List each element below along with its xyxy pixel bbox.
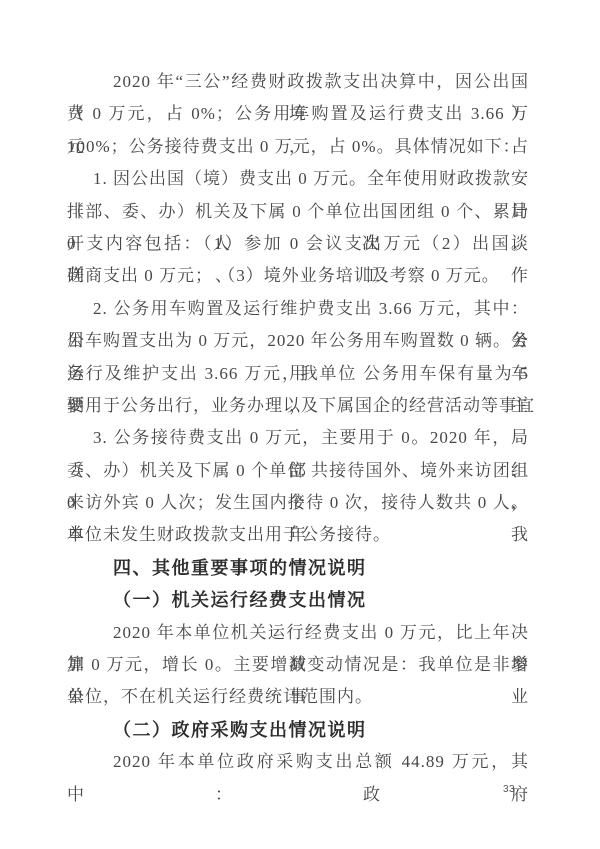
subsection-heading: （一）机关运行经费支出情况 [67,584,529,616]
text-line: 100%；公务接待费支出 0 万元，占 0%。具体情况如下： [67,131,529,163]
text-line: 加 0 万元，增长 0。主要增减变动情况是：我单位是非参公事业 [67,649,529,681]
section-heading: 四、其他重要事项的情况说明 [67,552,529,584]
text-line: 开支内容包括：（1）参加 0 会议支出万元（2）出国谈判、工作 [67,228,529,260]
text-line: 2020 年本单位政府采购支出总额 44.89 万元，其中：政府 [67,746,529,778]
text-line: 来访外宾 0 人次；发生国内接待 0 次，接待人数共 0 人。本年我 [67,487,529,519]
text-line: 要用于公务出行，业务办理以及下属国企的经营活动等事宜 [67,390,529,422]
document-page: 2020 年“三公”经费财政拨款支出决算中，因公出国（境） 费 0 万元，占 0… [0,0,600,849]
text-line: 用车购置支出为 0 万元，2020 年公务用车购置数 0 辆。公务用车 [67,325,529,357]
text-line: 2020 年“三公”经费财政拨款支出决算中，因公出国（境） [67,66,529,98]
page-number: 33 [503,784,515,795]
text-line: 费 0 万元，占 0%；公务用车购置及运行费支出 3.66 万元，占 [67,98,529,130]
text-line: 2020 年本单位机关运行经费支出 0 万元，比上年决算数增 [67,617,529,649]
text-line: 1. 因公出国（境）费支出 0 万元。全年使用财政拨款安排局 [67,163,529,195]
text-line: 2. 公务用车购置及运行维护费支出 3.66 万元，其中：公务 [67,293,529,325]
text-line: 3. 公务接待费支出 0 万元，主要用于 0。2020 年，局（部、 [67,422,529,454]
text-line: 磋商支出 0 万元； （3）境外业务培训及考察 0 万元。 [67,260,529,292]
text-line: 运行及维护支出 3.66 万元，我单位 公务用车保有量为 5 辆，主 [67,358,529,390]
document-text: 2020 年“三公”经费财政拨款支出决算中，因公出国（境） 费 0 万元，占 0… [67,66,529,779]
subsection-heading: （二）政府采购支出情况说明 [67,714,529,746]
text-line: 委、办）机关及下属 0 个单位 共接待国外、境外来访团组 0 个， [67,455,529,487]
text-line: （部、委、办）机关及下属 0 个单位出国团组 0 个、累计 0 人次。 [67,196,529,228]
